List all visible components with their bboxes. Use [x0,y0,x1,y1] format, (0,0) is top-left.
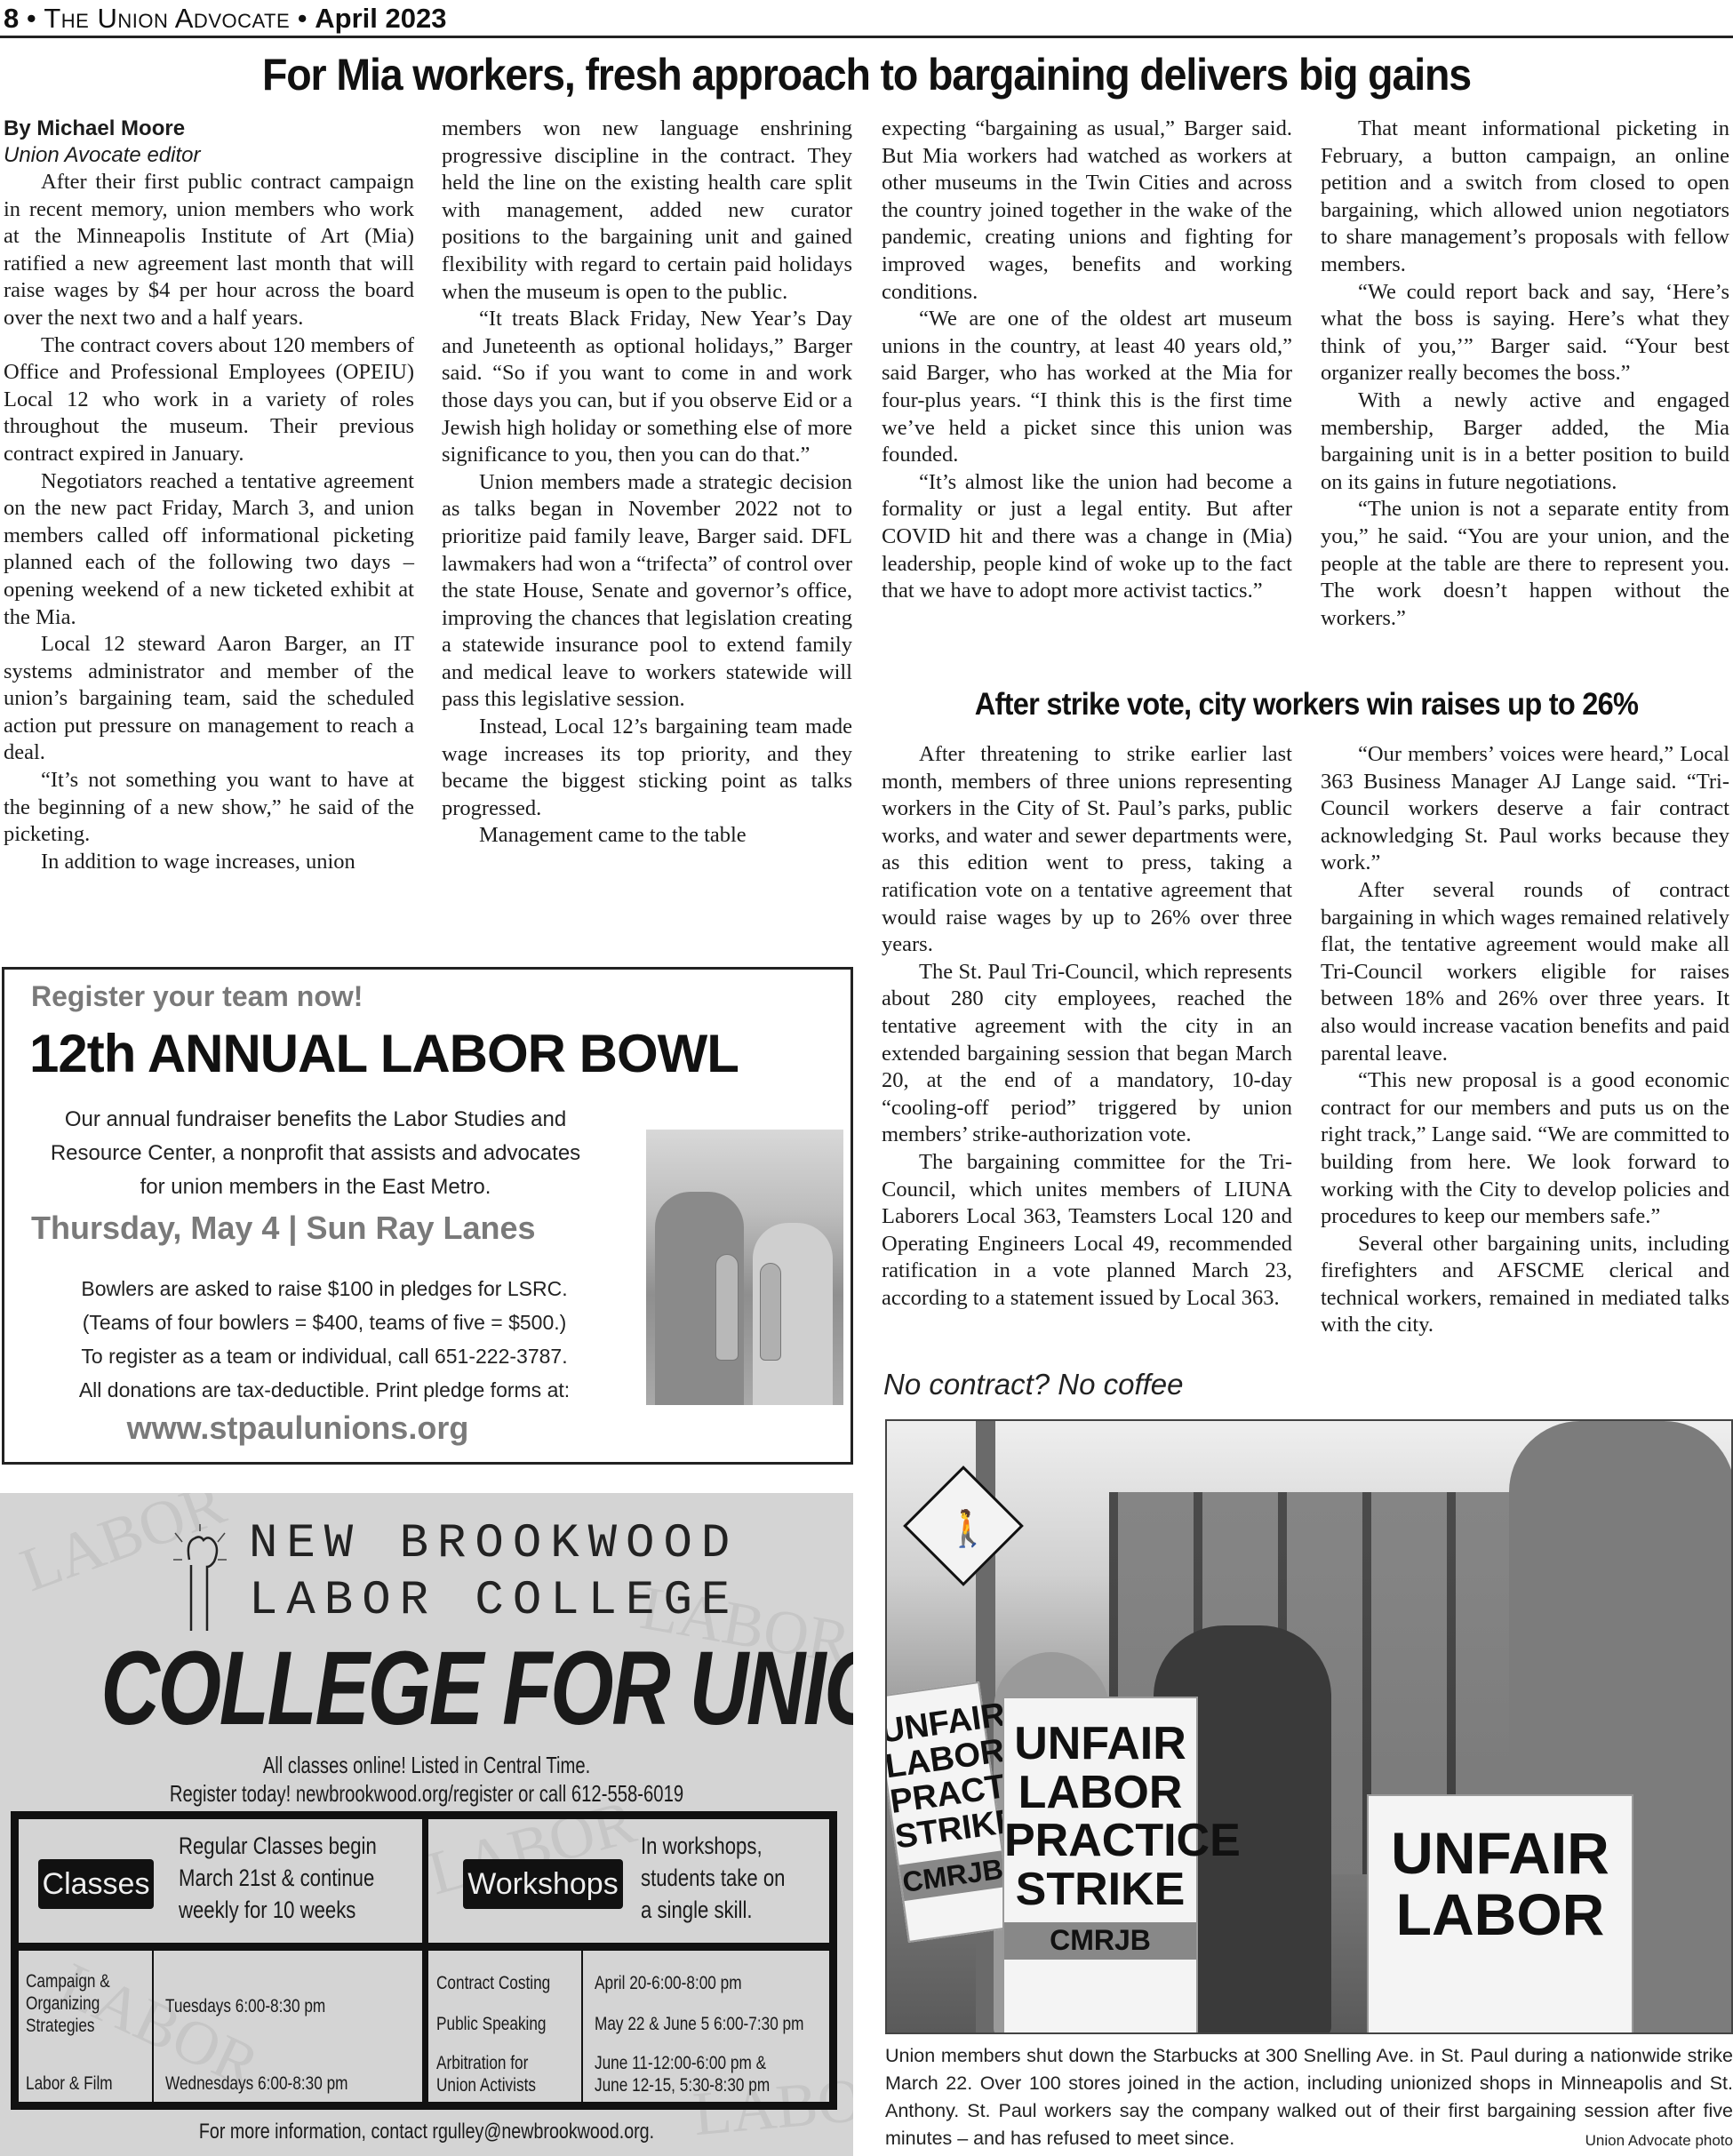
publication-name: The Union Advocate [44,3,290,34]
cell-line: June 12-15, 5:30-8:30 pm [595,2074,770,2096]
paragraph: Instead, Local 12’s bargaining team made… [442,714,852,822]
desc-line: Regular Classes begin [179,1830,377,1862]
paragraph: Negotiators reached a tentative agreemen… [4,468,414,632]
org-name-line: LABOR COLLEGE [249,1573,739,1630]
ad-info: Bowlers are asked to raise $100 in pledg… [31,1272,618,1407]
paragraph: After their first public contract campai… [4,169,414,332]
picket-sign: UNFAIR LABOR PRACTICE STRIKECMRJB [1002,1697,1198,2034]
strike-photo: 🚶 UNFAIR LABOR PRACTICE STRIKECMRJB UNFA… [885,1419,1733,2034]
paragraph: With a newly active and engaged membersh… [1321,387,1729,496]
class-name: Campaign & Organizing Strategies [26,1970,110,2037]
table-divider [581,1951,583,2109]
ad-info-line: (Teams of four bowlers = $400, teams of … [31,1306,618,1339]
second-story-column-1: After threatening to strike earlier last… [882,741,1292,1312]
workshop-name: Arbitration for Union Activists [436,2052,536,2096]
org-name: NEW BROOKWOODLABOR COLLEGE [249,1516,739,1630]
main-story-column-2: members won new language enshrining prog… [442,116,852,850]
photo-heading: No contract? No coffee [883,1367,1184,1402]
paragraph: “We could report back and say, ‘Here’s w… [1321,279,1729,387]
folio-rule [0,36,1733,38]
workshop-time: June 11-12:00-6:00 pm & June 12-15, 5:30… [595,2052,770,2096]
page-number: 8 [4,3,19,34]
paragraph: members won new language enshrining prog… [442,116,852,306]
paragraph: expecting “bargaining as usual,” Barger … [882,116,1292,306]
paragraph: Union members made a strategic decision … [442,469,852,714]
online-line: All classes online! Listed in Central Ti… [94,1751,760,1779]
paragraph: After several rounds of contract bargain… [1321,877,1729,1067]
college-ad-title: COLLEGE FOR UNIONS [100,1626,752,1751]
raised-fist-icon [173,1524,227,1631]
ad-info-line: All donations are tax-deductible. Print … [31,1373,618,1407]
classes-description: Regular Classes begin March 21st & conti… [179,1830,377,1926]
paragraph: “The union is not a separate entity from… [1321,496,1729,632]
bowling-pin-trophy-icon [715,1254,739,1361]
main-story-column-4: That meant informational picketing in Fe… [1321,116,1729,632]
table-divider [152,1951,154,2109]
desc-line: students take on [641,1862,785,1894]
cell-line: Arbitration for [436,2052,536,2074]
class-name: Labor & Film [26,2072,113,2095]
pedestrian-crossing-sign-icon: 🚶 [903,1465,1024,1586]
paragraph: “We are one of the oldest art museum uni… [882,306,1292,469]
folio-separator: • [27,3,36,34]
main-story-column-1: By Michael Moore Union Avocate editor Af… [4,116,414,875]
class-time: Tuesdays 6:00-8:30 pm [165,1995,325,2017]
desc-line: weekly for 10 weeks [179,1894,377,1926]
picket-sign-text: UNFAIR LABOR [1391,1820,1609,1947]
workshop-time: April 20-6:00-8:00 pm [595,1972,742,1994]
ad-kicker: Register your team now! [31,980,363,1013]
college-ad-registration: All classes online! Listed in Central Ti… [94,1751,760,1808]
issue-date: April 2023 [315,3,446,34]
paragraph: Management came to the table [442,822,852,850]
cell-line: Strategies [26,2015,110,2037]
ad-date-venue: Thursday, May 4 | Sun Ray Lanes [31,1210,536,1247]
workshop-name: Contract Costing [436,1972,550,1994]
college-ad-contact[interactable]: For more information, contact rgulley@ne… [76,2120,776,2144]
register-line[interactable]: Register today! newbrookwood.org/registe… [94,1779,760,1808]
classes-badge: Classes [38,1859,154,1909]
paragraph: That meant informational picketing in Fe… [1321,116,1729,279]
paragraph: The St. Paul Tri-Council, which represen… [882,959,1292,1149]
desc-line: March 21st & continue [179,1862,377,1894]
main-headline: For Mia workers, fresh approach to barga… [60,46,1673,103]
picket-sign: UNFAIR LABOR [1367,1794,1633,2034]
paragraph: “It treats Black Friday, New Year’s Day … [442,306,852,469]
picket-sign-badge: CMRJB [899,1850,1007,1901]
picket-sign: UNFAIR LABOR PRACTICE STRIKECMRJB [885,1681,1014,1943]
workshops-description: In workshops, students take on a single … [641,1830,785,1926]
folio-separator: • [298,3,307,34]
main-story-column-3: expecting “bargaining as usual,” Barger … [882,116,1292,605]
byline-title: Union Avocate editor [4,142,414,169]
bowlers-photo [646,1130,843,1405]
ad-title: 12th ANNUAL LABOR BOWL [29,1023,739,1084]
workshops-badge: Workshops [463,1859,623,1909]
paragraph: “Our members’ voices were heard,” Local … [1321,741,1729,877]
photo-credit: Union Advocate photo [1585,2127,1733,2154]
ad-website-link[interactable]: www.stpaulunions.org [58,1409,538,1447]
paragraph: The bargaining committee for the Tri-Cou… [882,1149,1292,1313]
bowling-pin-trophy-icon [760,1263,781,1361]
photo-caption: Union members shut down the Starbucks at… [885,2042,1733,2154]
cell-line: June 11-12:00-6:00 pm & [595,2052,770,2074]
workshop-time: May 22 & June 5 6:00-7:30 pm [595,2013,803,2035]
ad-info-line: Bowlers are asked to raise $100 in pledg… [31,1272,618,1306]
desc-line: In workshops, [641,1830,785,1862]
paragraph: Several other bargaining units, includin… [1321,1231,1729,1339]
cell-line: Organizing [26,1992,110,2015]
paragraph: “This new proposal is a good economic co… [1321,1067,1729,1231]
paragraph: After threatening to strike earlier last… [882,741,1292,959]
cell-line: Union Activists [436,2074,536,2096]
paragraph: In addition to wage increases, union [4,849,414,876]
college-for-unions-ad: LABOR LABOR LABOR LABOR LABOR NEW BROOKW… [0,1493,853,2156]
desc-line: a single skill. [641,1894,785,1926]
org-name-line: NEW BROOKWOOD [249,1516,739,1573]
labor-bowl-ad: Register your team now! 12th ANNUAL LABO… [2,967,853,1465]
course-schedule-table: Classes Regular Classes begin March 21st… [11,1811,837,2110]
picket-sign-badge: CMRJB [1004,1922,1196,1960]
cell-line: Campaign & [26,1970,110,1992]
ad-info-line: To register as a team or individual, cal… [31,1339,618,1373]
workshop-name: Public Speaking [436,2013,546,2035]
page-folio: 8 • The Union Advocate • April 2023 [4,2,446,37]
byline-name: By Michael Moore [4,116,414,142]
second-story-headline: After strike vote, city workers win rais… [910,683,1704,727]
ad-description: Our annual fundraiser benefits the Labor… [40,1103,591,1204]
table-divider [422,1819,428,2102]
paragraph: “It’s not something you want to have at … [4,767,414,849]
paragraph: “It’s almost like the union had become a… [882,469,1292,605]
class-time: Wednesdays 6:00-8:30 pm [165,2072,347,2095]
paragraph: Local 12 steward Aaron Barger, an IT sys… [4,631,414,767]
paragraph: The contract covers about 120 members of… [4,332,414,468]
second-story-column-2: “Our members’ voices were heard,” Local … [1321,741,1729,1339]
